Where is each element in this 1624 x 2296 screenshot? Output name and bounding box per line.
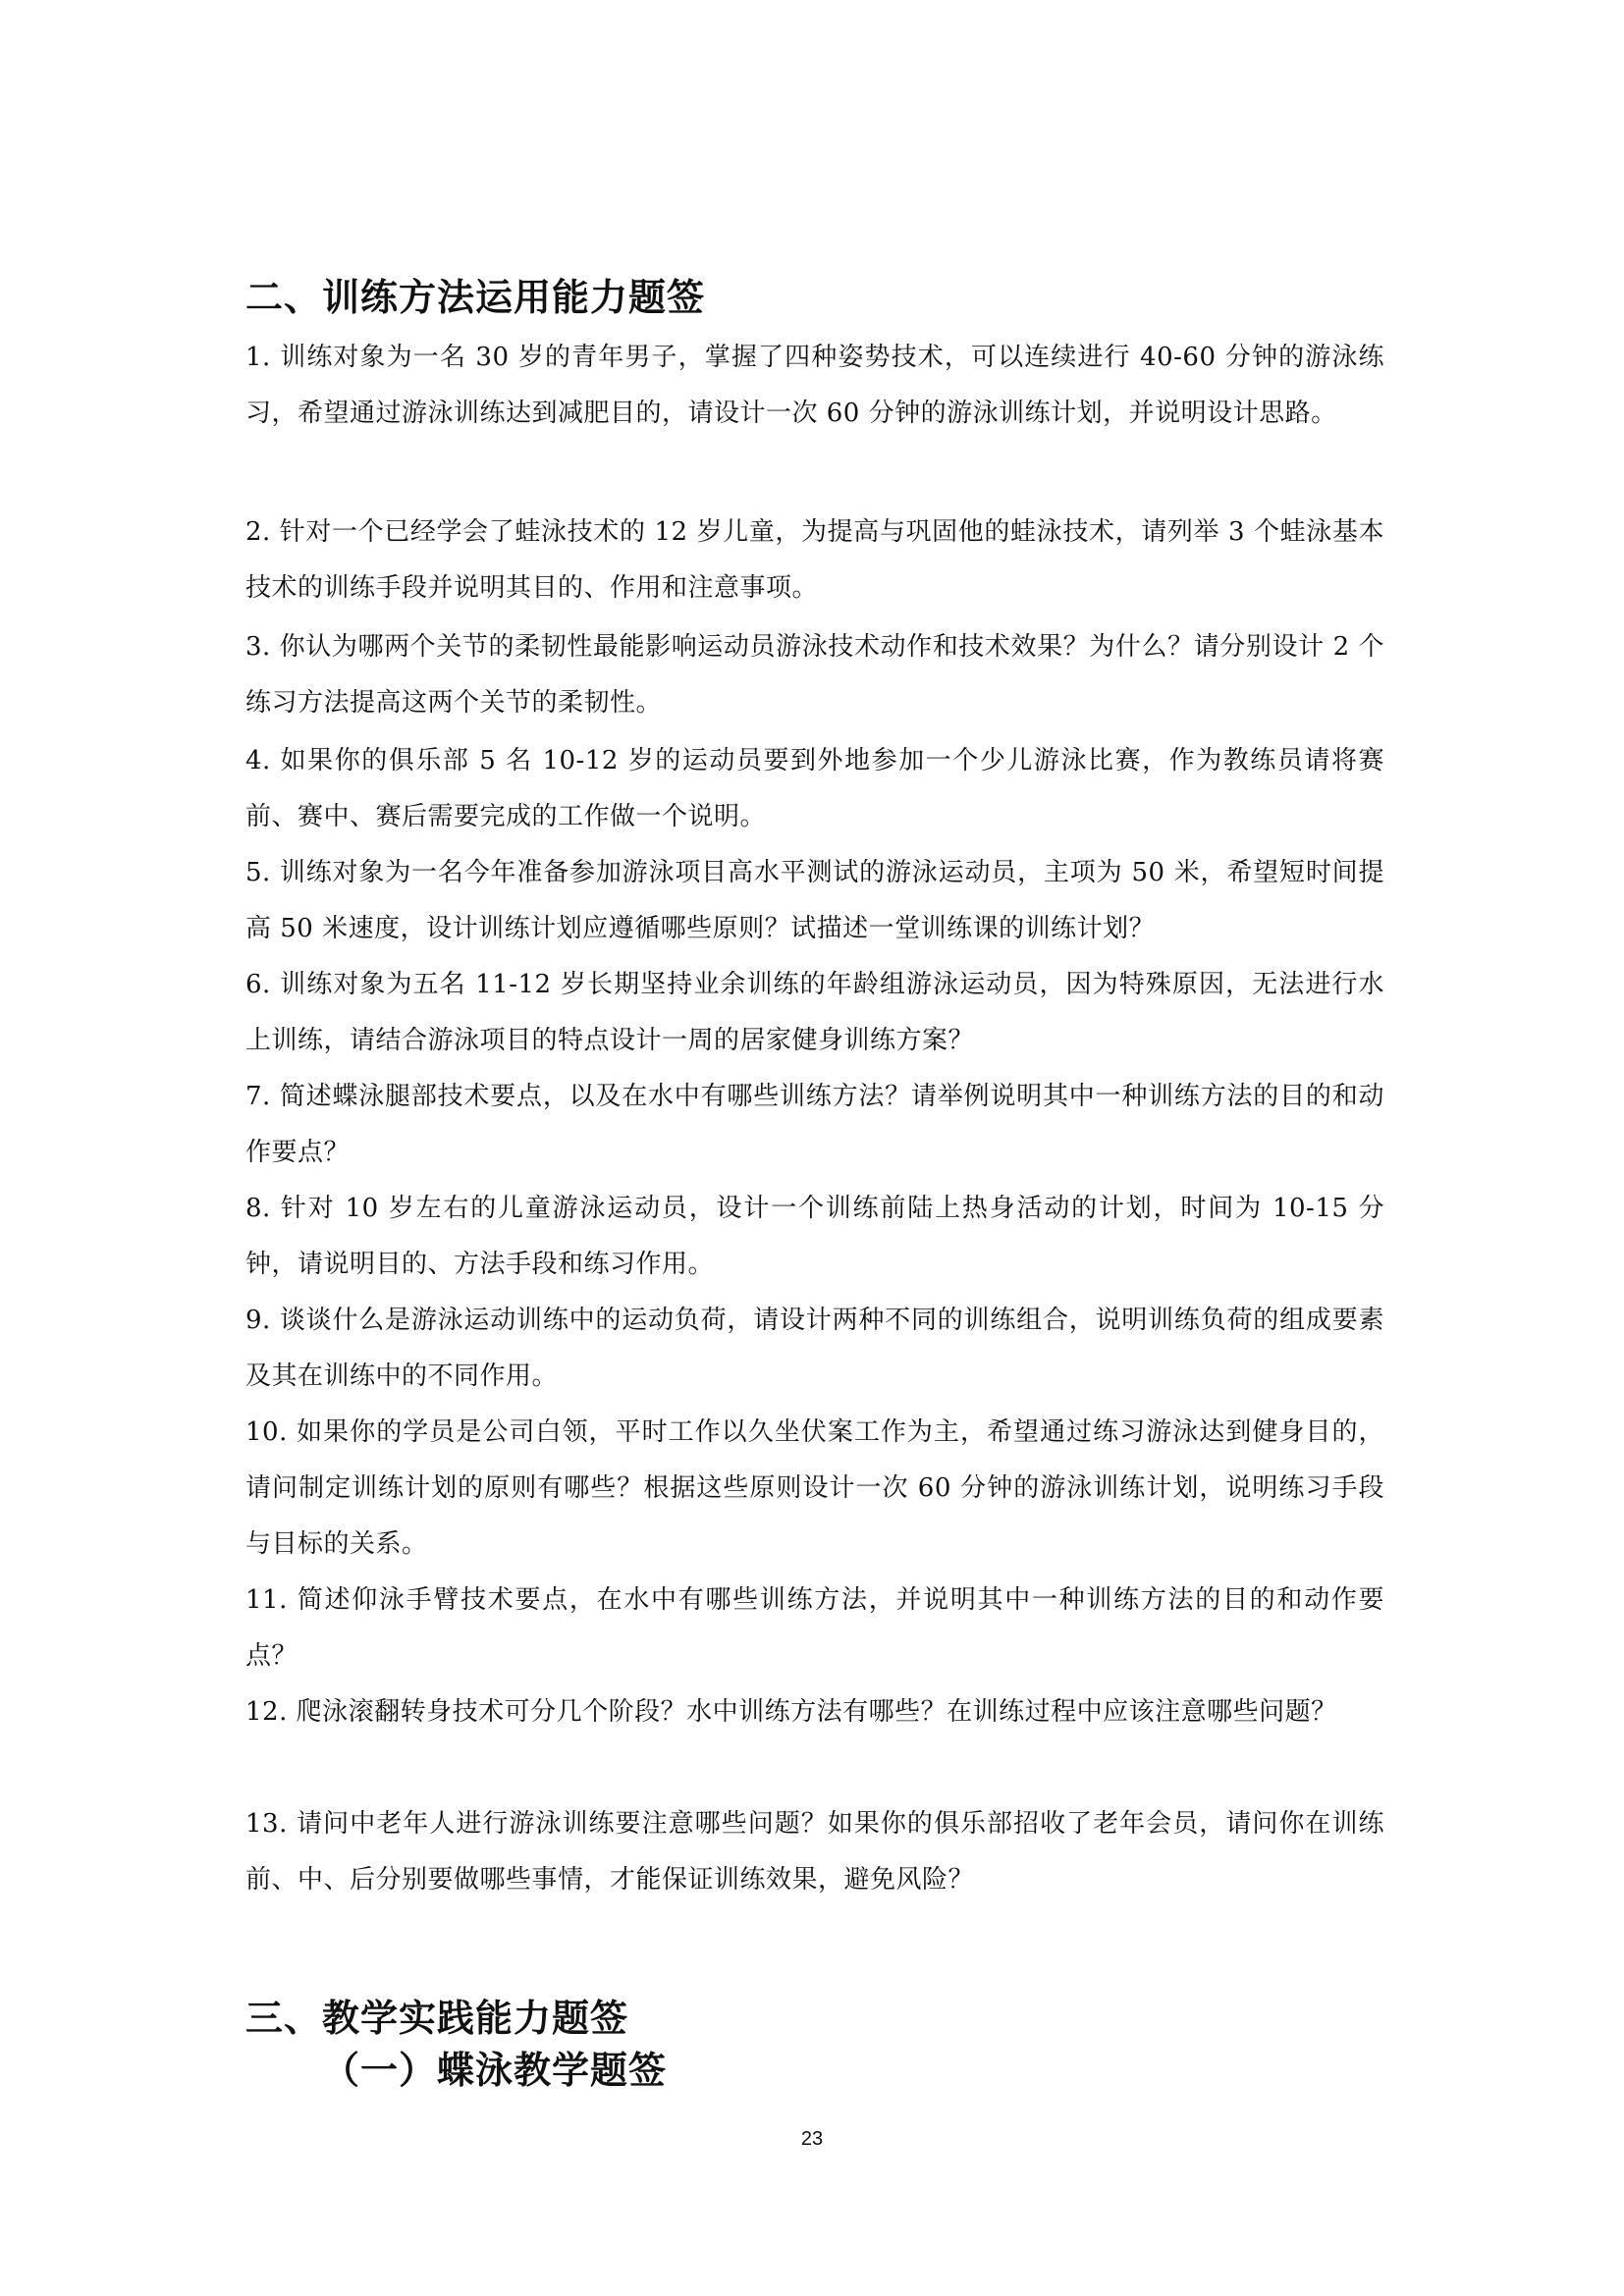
question-3: 3. 你认为哪两个关节的柔韧性最能影响运动员游泳技术动作和技术效果？为什么？请分… bbox=[245, 619, 1384, 731]
section-heading-training-methods: 二、训练方法运用能力题签 bbox=[245, 267, 705, 321]
question-2: 2. 针对一个已经学会了蛙泳技术的 12 岁儿童，为提高与巩固他的蛙泳技术，请列… bbox=[245, 505, 1384, 616]
subsection-heading-butterfly: （一）蝶泳教学题签 bbox=[322, 2040, 667, 2094]
question-5: 5. 训练对象为一名今年准备参加游泳项目高水平测试的游泳运动员，主项为 50 米… bbox=[245, 845, 1384, 957]
question-7: 7. 简述蝶泳腿部技术要点，以及在水中有哪些训练方法？请举例说明其中一种训练方法… bbox=[245, 1069, 1384, 1181]
question-6: 6. 训练对象为五名 11-12 岁长期坚持业余训练的年龄组游泳运动员，因为特殊… bbox=[245, 957, 1384, 1069]
question-11: 11. 简述仰泳手臂技术要点，在水中有哪些训练方法，并说明其中一种训练方法的目的… bbox=[245, 1573, 1384, 1684]
section-heading-teaching-practice: 三、教学实践能力题签 bbox=[245, 1988, 628, 2042]
question-4: 4. 如果你的俱乐部 5 名 10-12 岁的运动员要到外地参加一个少儿游泳比赛… bbox=[245, 733, 1384, 845]
question-9: 9. 谈谈什么是游泳运动训练中的运动负荷，请设计两种不同的训练组合，说明训练负荷… bbox=[245, 1293, 1384, 1405]
question-1: 1. 训练对象为一名 30 岁的青年男子，掌握了四种姿势技术，可以连续进行 40… bbox=[245, 330, 1384, 442]
question-13: 13. 请问中老年人进行游泳训练要注意哪些问题？如果你的俱乐部招收了老年会员，请… bbox=[245, 1796, 1384, 1908]
question-10: 10. 如果你的学员是公司白领，平时工作以久坐伏案工作为主，希望通过练习游泳达到… bbox=[245, 1405, 1384, 1573]
page-number: 23 bbox=[0, 2128, 1624, 2151]
question-12: 12. 爬泳滚翻转身技术可分几个阶段？水中训练方法有哪些？在训练过程中应该注意哪… bbox=[245, 1684, 1384, 1740]
question-8: 8. 针对 10 岁左右的儿童游泳运动员，设计一个训练前陆上热身活动的计划，时间… bbox=[245, 1181, 1384, 1293]
